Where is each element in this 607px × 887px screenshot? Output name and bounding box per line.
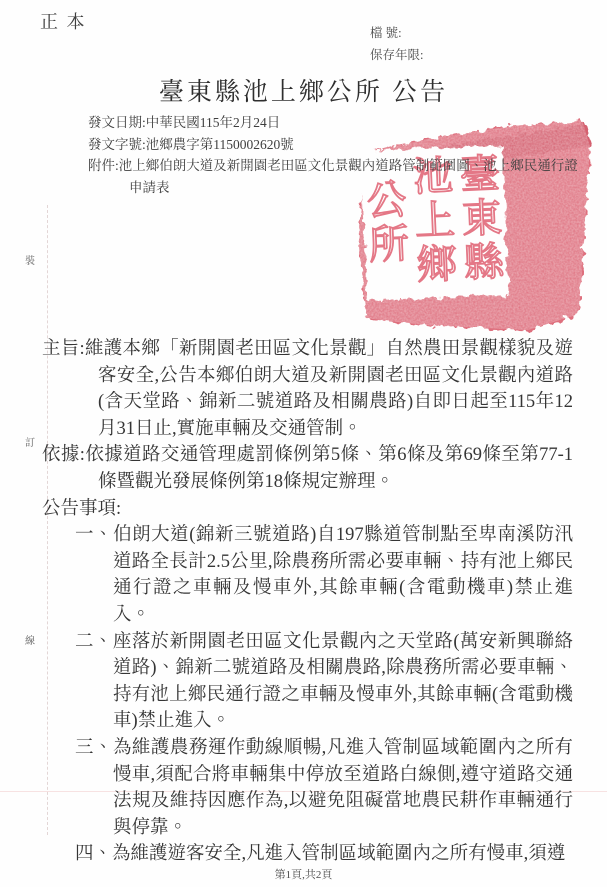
announcement-item-3: 三、為維護農務運作動線順暢,凡進入管制區域範圍內之所有慢車,須配合將車輛集中停放…: [75, 735, 573, 841]
items-list: 一、伯朗大道(錦新三號道路)自197縣道管制點至卑南溪防汛道路全長計2.5公里,…: [75, 522, 573, 868]
attachment-line: 附件:池上鄉伯朗大道及新開園老田區文化景觀內道路管制範圍圖、池上鄉民通行證申請表: [88, 155, 580, 198]
item-number: 三、: [75, 738, 113, 758]
copy-label: 正 本: [40, 8, 87, 34]
item-number: 四、: [75, 844, 112, 864]
doc-number-line: 發文字號:池鄉農字第1150002620號: [88, 134, 580, 156]
page-footer: 第1頁,共2頁: [0, 866, 607, 882]
attachment-label: 附件:: [88, 158, 119, 173]
seal-glyph: 上: [414, 197, 456, 244]
subject-text: 維護本鄉「新開園老田區文化景觀」自然農田景觀樣貌及遊客安全,公告本鄉伯朗大道及新…: [85, 339, 573, 439]
announcement-item-2: 二、座落於新開園老田區文化景觀內之天堂路(萬安新興聯絡道路)、錦新二號道路及相關…: [75, 629, 573, 735]
file-number-block: 檔 號: 保存年限:: [370, 22, 423, 66]
binding-mark-xian: 線: [25, 632, 35, 647]
subject-label: 主旨:: [42, 339, 85, 359]
item-number: 二、: [75, 632, 113, 652]
issue-date-line: 發文日期:中華民國115年2月24日: [88, 112, 580, 134]
subject-paragraph: 主旨:維護本鄉「新開園老田區文化景觀」自然農田景觀樣貌及遊客安全,公告本鄉伯朗大…: [42, 336, 573, 442]
seal-glyph: 縣: [463, 239, 506, 286]
binding-mark-ding: 訂: [25, 434, 35, 449]
item-number: 一、: [75, 525, 113, 545]
announcement-item-1: 一、伯朗大道(錦新三號道路)自197縣道管制點至卑南溪防汛道路全長計2.5公里,…: [75, 522, 573, 628]
attachment-text: 池上鄉伯朗大道及新開園老田區文化景觀內道路管制範圍圖、池上鄉民通行證申請表: [119, 158, 578, 195]
item-text: 伯朗大道(錦新三號道路)自197縣道管制點至卑南溪防汛道路全長計2.5公里,除農…: [113, 525, 573, 625]
item-text: 座落於新開園老田區文化景觀內之天堂路(萬安新興聯絡道路)、錦新二號道路及相關農路…: [113, 632, 573, 732]
items-heading: 公告事項:: [42, 496, 573, 523]
file-number-label: 檔 號:: [370, 22, 423, 44]
item-text: 為維護遊客安全,凡進入管制區域範圍內之所有慢車,須遵: [112, 844, 565, 864]
basis-paragraph: 依據:依據道路交通管理處罰條例第5條、第6條及第69條至第77-1條暨觀光發展條…: [42, 442, 573, 495]
retention-label: 保存年限:: [370, 44, 423, 66]
announcement-item-4: 四、為維護遊客安全,凡進入管制區域範圍內之所有慢車,須遵: [75, 841, 573, 868]
basis-text: 依據道路交通管理處罰條例第5條、第6條及第69條至第77-1條暨觀光發展條例第1…: [85, 445, 573, 492]
document-page: 正 本 檔 號: 保存年限: 臺東縣池上鄉公所 公告: [0, 0, 607, 887]
item-text: 為維護農務運作動線順暢,凡進入管制區域範圍內之所有慢車,須配合將車輛集中停放至道…: [113, 738, 573, 838]
seal-glyph: 鄉: [416, 241, 458, 288]
binding-mark-zhuang: 裝: [25, 252, 35, 267]
document-title: 臺東縣池上鄉公所 公告: [0, 72, 607, 108]
seal-glyph: 所: [368, 221, 410, 268]
basis-label: 依據:: [42, 445, 85, 465]
issuance-meta: 發文日期:中華民國115年2月24日 發文字號:池鄉農字第1150002620號…: [88, 112, 580, 198]
announcement-body: 主旨:維護本鄉「新開園老田區文化景觀」自然農田景觀樣貌及遊客安全,公告本鄉伯朗大…: [42, 336, 573, 868]
seal-glyph: 東: [461, 195, 503, 242]
